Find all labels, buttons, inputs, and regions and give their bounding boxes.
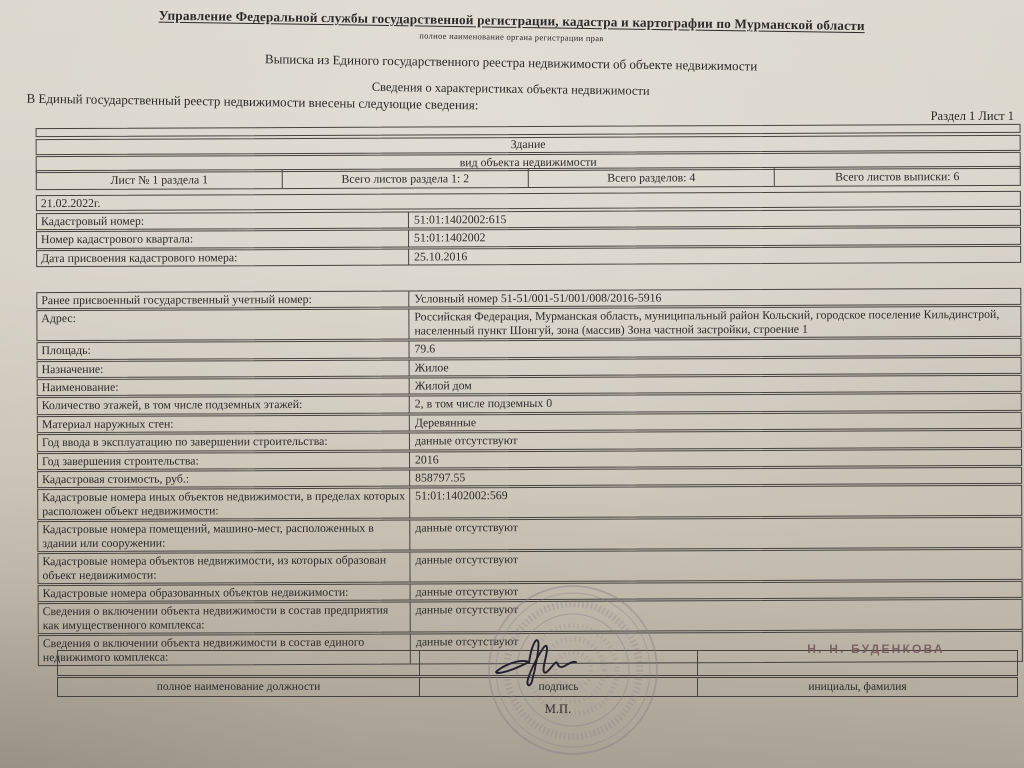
row-label: Дата присвоения кадастрового номера: (37, 249, 409, 266)
document-header: Управление Федеральной службы государств… (0, 0, 1024, 12)
handwritten-signature (492, 632, 592, 688)
row-label: Назначение: (38, 360, 410, 377)
sheet-summary-cell: Всего разделов: 4 (528, 168, 774, 187)
row-value: Жилое (410, 357, 1021, 375)
position-cell (58, 651, 420, 675)
table-row: Кадастровые номера иных объектов недвижи… (37, 485, 1022, 520)
sheet-summary-row: Лист № 1 раздела 1 Всего листов раздела … (36, 166, 1021, 191)
row-label: Материал наружных стен: (38, 415, 410, 432)
row-label: Кадастровые номера помещений, машино-мес… (38, 521, 410, 551)
row-value: 2016 (410, 450, 1021, 468)
row-value: данные отсутствуют (410, 550, 1021, 581)
row-label: Кадастровые номера иных объектов недвижи… (38, 489, 410, 519)
row-value: 79.6 (409, 339, 1020, 357)
row-value: 51:01:1402002:615 (409, 210, 1020, 228)
row-label: Год завершения строительства: (38, 452, 410, 469)
sheet-summary-cell: Лист № 1 раздела 1 (37, 170, 282, 189)
row-value: 51:01:1402002 (409, 228, 1020, 246)
table-row: Кадастровые номера помещений, машино-мес… (37, 517, 1022, 552)
row-value: Условный номер 51-51/001-51/001/008/2016… (409, 289, 1020, 307)
section-sheet-label: Раздел 1 Лист 1 (931, 109, 1014, 124)
row-value: 25.10.2016 (409, 247, 1020, 265)
row-label: Ранее присвоенный государственный учетны… (37, 292, 409, 309)
scanned-document: Управление Федеральной службы государств… (0, 0, 1024, 768)
row-label: Площадь: (37, 342, 409, 359)
row-label: Год ввода в эксплуатацию по завершении с… (38, 434, 410, 451)
sheet-summary-cell: Всего листов раздела 1: 2 (282, 169, 528, 188)
row-label: Кадастровая стоимость, руб.: (38, 471, 410, 488)
row-label: Кадастровые номера образованных объектов… (39, 584, 411, 601)
row-value: данные отсутствуют (410, 518, 1021, 549)
row-label: Кадастровые номера объектов недвижимости… (38, 553, 410, 583)
row-value: данные отсутствуют (410, 431, 1021, 449)
sheet-summary-table: Лист № 1 раздела 1 Всего листов раздела … (36, 166, 1021, 191)
row-value: 858797.55 (410, 468, 1021, 486)
row-label: Номер кадастрового квартала: (37, 231, 409, 248)
row-value: 2, в том числе подземных 0 (410, 394, 1021, 412)
row-label: Количество этажей, в том числе подземных… (38, 397, 410, 414)
tables-area: Здание вид объекта недвижимости Лист № 1… (35, 0, 1020, 2)
position-caption: полное наименование должности (58, 678, 420, 696)
sheet-summary-cell: Всего листов выписки: 6 (774, 167, 1020, 186)
row-label: Наименование: (38, 379, 410, 396)
row-label: Сведения о включении объекта недвижимост… (39, 603, 411, 633)
row-label: Кадастровый номер: (37, 212, 409, 229)
registration-table: 21.02.2022г. Кадастровый номер: 51:01:14… (36, 191, 1021, 268)
table-row: Дата присвоения кадастрового номера: 25.… (36, 246, 1021, 268)
name-caption: инициалы, фамилия (698, 678, 1017, 696)
row-value: Российская Федерация, Мурманская область… (409, 307, 1020, 338)
row-label: Адрес: (37, 310, 409, 340)
row-value: Деревянные (410, 413, 1021, 431)
table-row: Кадастровые номера объектов недвижимости… (37, 549, 1022, 584)
row-value: Жилой дом (410, 376, 1021, 394)
document-title: Выписка из Единого государственного реес… (0, 47, 1023, 78)
signer-name-stamp: Н. Н. БУДЕНКОВА (788, 642, 964, 656)
row-value: 51:01:1402002:569 (410, 486, 1021, 517)
table-row: Адрес: Российская Федерация, Мурманская … (36, 306, 1021, 341)
